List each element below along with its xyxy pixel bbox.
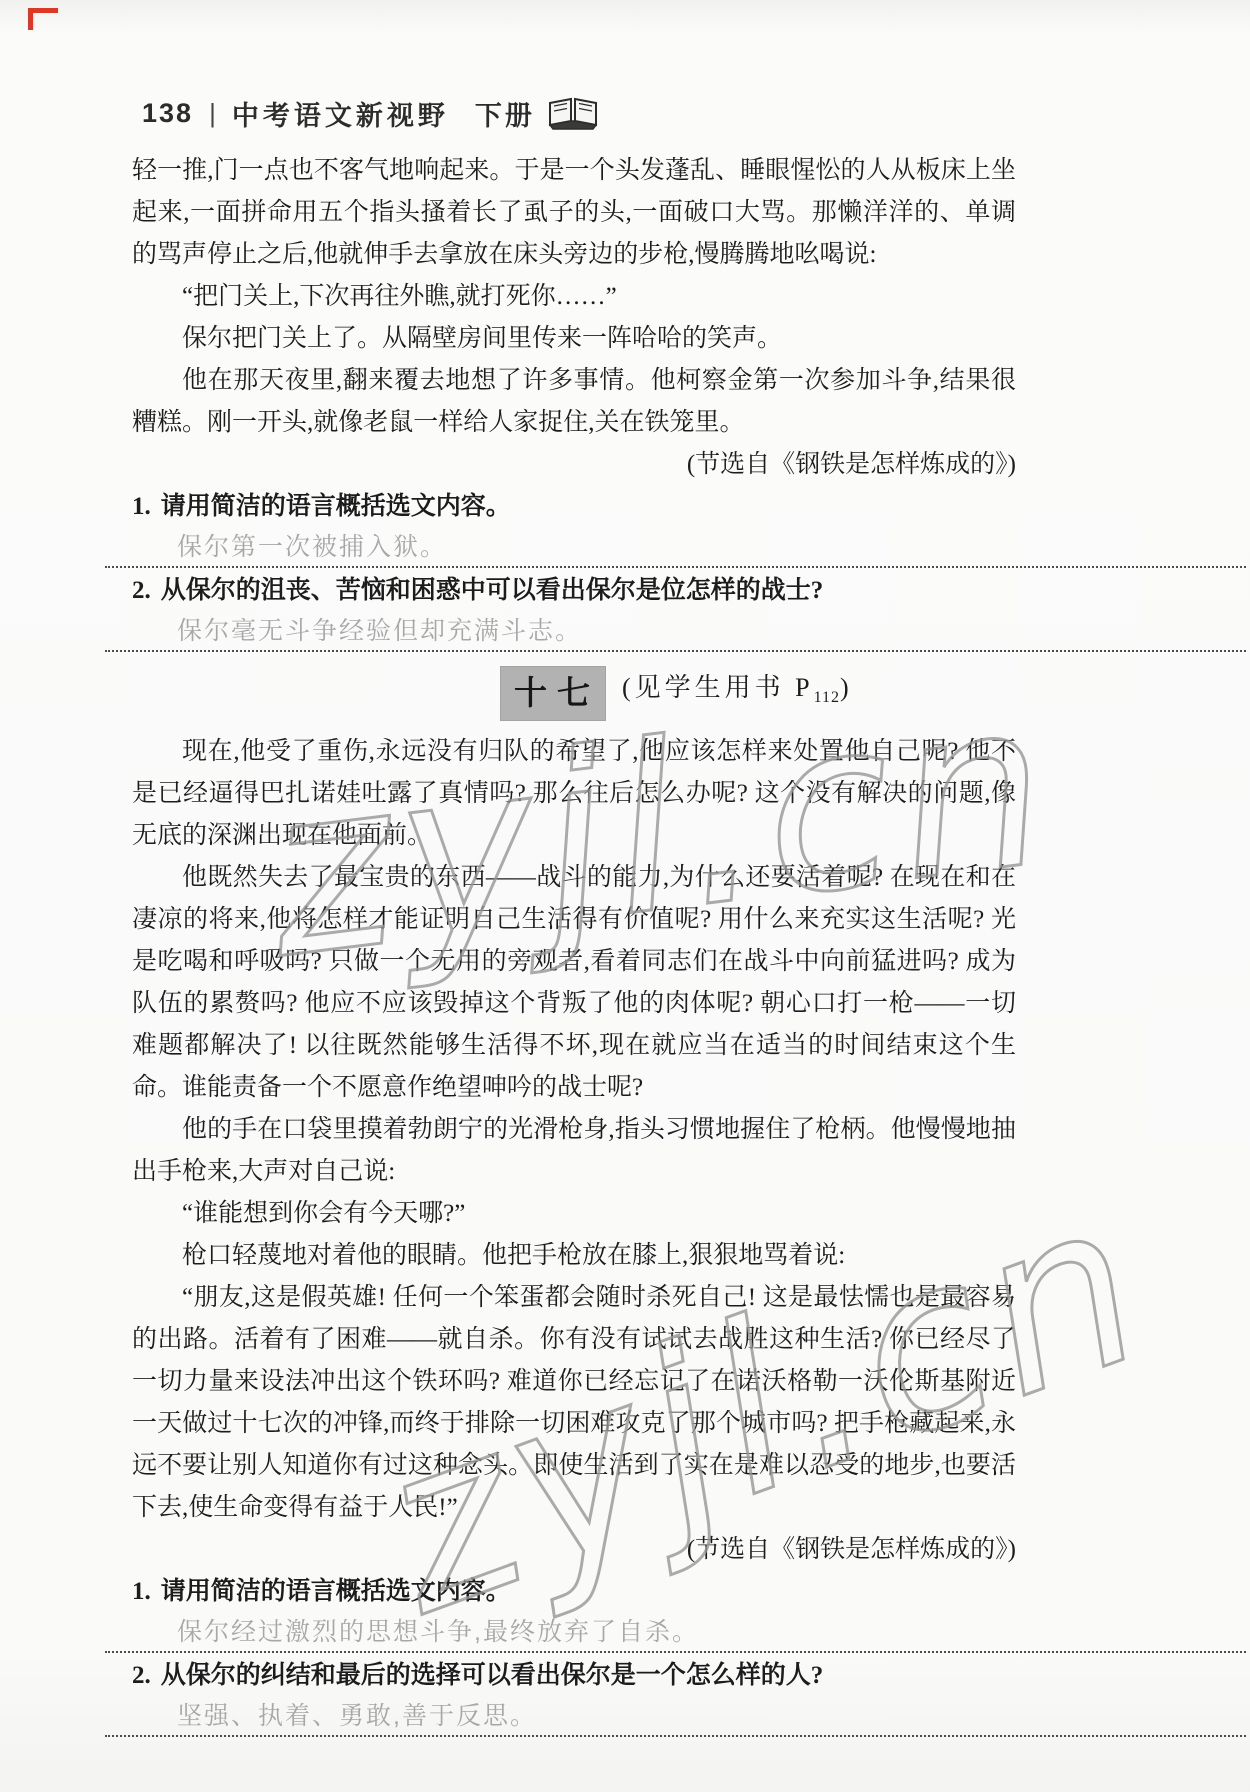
book-title: 中考语文新视野 <box>232 94 449 133</box>
handwritten-answer: 保尔第一次被捕入狱。 <box>177 530 447 564</box>
question-number: 2. <box>132 1662 151 1689</box>
book-volume: 下册 <box>475 94 535 133</box>
page-header: 138 | 中考语文新视野 下册 <box>142 94 599 133</box>
question-2: 2.从保尔的纠结和最后的选择可以看出保尔是一个怎么样的人? <box>132 1655 1016 1697</box>
question-text: 从保尔的纠结和最后的选择可以看出保尔是一个怎么样的人? <box>161 1662 824 1689</box>
passage-source: (节选自《钢铁是怎样炼成的》) <box>132 1529 1016 1571</box>
textbook-page-scan: 138 | 中考语文新视野 下册 轻一推,门一点也不客气地响起来。于是一个头发蓬… <box>0 0 1250 1792</box>
question-2: 2.从保尔的沮丧、苦恼和困惑中可以看出保尔是位怎样的战士? <box>132 570 1016 612</box>
section-reference: (见学生用书 P112) <box>622 667 853 719</box>
question-1: 1.请用简洁的语言概括选文内容。 <box>132 486 1016 528</box>
section-heading: 十七 (见学生用书 P112) <box>500 666 1016 721</box>
page-number: 138 <box>142 98 193 129</box>
handwritten-answer: 坚强、执着、勇敢,善于反思。 <box>177 1699 537 1733</box>
question-number: 2. <box>132 577 151 604</box>
passage-paragraph: 他的手在口袋里摸着勃朗宁的光滑枪身,指头习惯地握住了枪柄。他慢慢地抽出手枪来,大… <box>132 1109 1016 1193</box>
passage-paragraph: 他既然失去了最宝贵的东西——战斗的能力,为什么还要活着呢? 在现在和在凄凉的将来… <box>132 857 1016 1109</box>
question-text: 请用简洁的语言概括选文内容。 <box>161 1578 511 1605</box>
crop-mark-icon <box>28 8 58 30</box>
passage-paragraph: “朋友,这是假英雄! 任何一个笨蛋都会随时杀死自己! 这是最怯懦也是最容易的出路… <box>132 1277 1016 1529</box>
passage-paragraph: 保尔把门关上了。从隔壁房间里传来一阵哈哈的笑声。 <box>132 318 1016 360</box>
passage-paragraph: 现在,他受了重伤,永远没有归队的希望了,他应该怎样来处置他自己呢? 他不是已经逼… <box>132 731 1016 857</box>
passage-paragraph: 枪口轻蔑地对着他的眼睛。他把手枪放在膝上,狠狠地骂着说: <box>132 1235 1016 1277</box>
section-number-badge: 十七 <box>500 666 606 721</box>
answer-line: 保尔毫无斗争经验但却充满斗志。 <box>105 612 1246 652</box>
reference-suffix: ) <box>840 673 853 702</box>
passage-paragraph: 轻一推,门一点也不客气地响起来。于是一个头发蓬乱、睡眼惺忪的人从板床上坐起来,一… <box>132 150 1016 276</box>
passage-paragraph: 他在那天夜里,翻来覆去地想了许多事情。他柯察金第一次参加斗争,结果很糟糕。刚一开… <box>132 360 1016 444</box>
passage-paragraph: “把门关上,下次再往外瞧,就打死你……” <box>132 276 1016 318</box>
open-book-icon <box>547 97 599 131</box>
question-1: 1.请用简洁的语言概括选文内容。 <box>132 1571 1016 1613</box>
handwritten-answer: 保尔经过激烈的思想斗争,最终放弃了自杀。 <box>177 1615 699 1649</box>
question-number: 1. <box>132 1578 151 1605</box>
answer-line: 坚强、执着、勇敢,善于反思。 <box>105 1697 1246 1737</box>
answer-line: 保尔经过激烈的思想斗争,最终放弃了自杀。 <box>105 1613 1246 1653</box>
crop-mark-vertical <box>28 8 33 30</box>
handwritten-answer: 保尔毫无斗争经验但却充满斗志。 <box>177 614 582 648</box>
question-number: 1. <box>132 493 151 520</box>
reference-prefix: (见学生用书 P <box>622 673 814 702</box>
reference-page-number: 112 <box>814 690 840 707</box>
header-divider: | <box>209 98 216 129</box>
page-body: 轻一推,门一点也不客气地响起来。于是一个头发蓬乱、睡眼惺忪的人从板床上坐起来,一… <box>132 150 1016 1739</box>
question-text: 从保尔的沮丧、苦恼和困惑中可以看出保尔是位怎样的战士? <box>161 577 824 604</box>
passage-paragraph: “谁能想到你会有今天哪?” <box>132 1193 1016 1235</box>
question-text: 请用简洁的语言概括选文内容。 <box>161 493 511 520</box>
answer-line: 保尔第一次被捕入狱。 <box>105 528 1246 568</box>
passage-source: (节选自《钢铁是怎样炼成的》) <box>132 444 1016 486</box>
